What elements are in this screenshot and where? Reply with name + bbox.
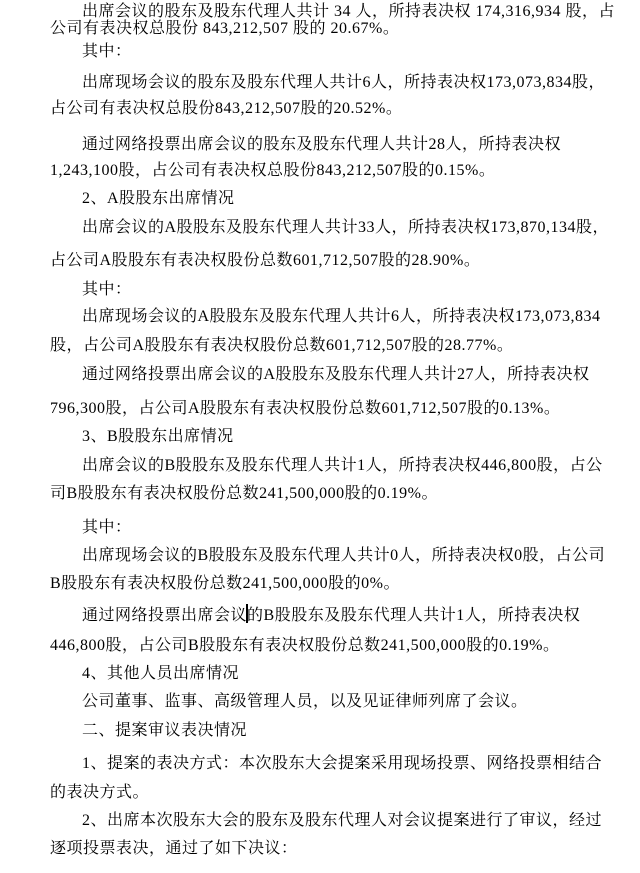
text-line[interactable]: 796,300股，占公司A股股东有表决权股份总数601,712,507股的0.1… xyxy=(50,400,560,417)
text-line[interactable]: 1,243,100股，占公司有表决权总股份843,212,507股的0.15%。 xyxy=(50,162,495,179)
text-line[interactable]: 出席现场会议的A股股东及股东代理人共计6人，所持表决权173,073,834 xyxy=(50,308,601,325)
text-line[interactable]: 通过网络投票出席会议的A股股东及股东代理人共计27人，所持表决权 xyxy=(50,366,590,383)
text-segment: 的B股股东及股东代理人共计1人，所持表决权 xyxy=(247,607,580,624)
text-line[interactable]: 3、B股股东出席情况 xyxy=(50,428,234,445)
text-line[interactable]: 股，占公司A股股东有表决权股份总数601,712,507股的28.77%。 xyxy=(50,337,513,354)
text-line[interactable]: 2、A股股东出席情况 xyxy=(50,190,235,207)
text-line[interactable]: 占公司A股股东有表决权股份总数601,712,507股的28.90%。 xyxy=(50,252,480,269)
text-line[interactable]: 出席会议的B股股东及股东代理人共计1人，所持表决权446,800股，占公 xyxy=(50,457,603,474)
text-line[interactable]: 其中： xyxy=(50,43,132,60)
text-line[interactable]: 其中： xyxy=(50,281,132,298)
text-line[interactable]: 占公司有表决权总股份843,212,507股的20.52%。 xyxy=(50,100,402,117)
text-line[interactable]: 逐项投票表决，通过了如下决议： xyxy=(50,840,298,857)
text-line[interactable]: 通过网络投票出席会议的股东及股东代理人共计28人，所持表决权 xyxy=(50,136,561,153)
text-line[interactable]: 其中： xyxy=(50,519,132,536)
document-body[interactable]: 出席会议的股东及股东代理人共计 34 人，所持表决权 174,316,934 股… xyxy=(50,0,610,873)
text-line[interactable]: 出席会议的股东及股东代理人共计 34 人，所持表决权 174,316,934 股… xyxy=(50,3,615,20)
text-line[interactable]: 公司有表决权总股份 843,212,507 股的 20.67%。 xyxy=(50,20,399,37)
text-line[interactable]: 4、其他人员出席情况 xyxy=(50,665,239,682)
text-line[interactable]: 出席现场会议的B股股东及股东代理人共计0人，所持表决权0股，占公司 xyxy=(50,547,605,564)
text-line[interactable]: 1、提案的表决方式：本次股东大会提案采用现场投票、网络投票相结合 xyxy=(50,755,602,772)
text-line[interactable]: 通过网络投票出席会议的B股股东及股东代理人共计1人，所持表决权 xyxy=(50,604,580,621)
text-line[interactable]: 的表决方式。 xyxy=(50,784,149,801)
text-line[interactable]: B股股东有表决权股份总数241,500,000股的0%。 xyxy=(50,575,400,592)
text-line[interactable]: 出席会议的A股股东及股东代理人共计33人，所持表决权173,870,134股， xyxy=(50,219,609,236)
text-segment: 通过网络投票出席会议 xyxy=(82,607,247,624)
text-line[interactable]: 司B股股东有表决权股份总数241,500,000股的0.19%。 xyxy=(50,485,438,502)
document-page: 出席会议的股东及股东代理人共计 34 人，所持表决权 174,316,934 股… xyxy=(0,0,640,873)
text-line[interactable]: 公司董事、监事、高级管理人员，以及见证律师列席了会议。 xyxy=(50,693,528,710)
text-line[interactable]: 2、出席本次股东大会的股东及股东代理人对会议提案进行了审议，经过 xyxy=(50,812,602,829)
text-line[interactable]: 446,800股，占公司B股股东有表决权股份总数241,500,000股的0.1… xyxy=(50,637,560,654)
text-line[interactable]: 二、提案审议表决情况 xyxy=(50,722,247,739)
text-line[interactable]: 出席现场会议的股东及股东代理人共计6人，所持表决权173,073,834股， xyxy=(50,74,605,91)
